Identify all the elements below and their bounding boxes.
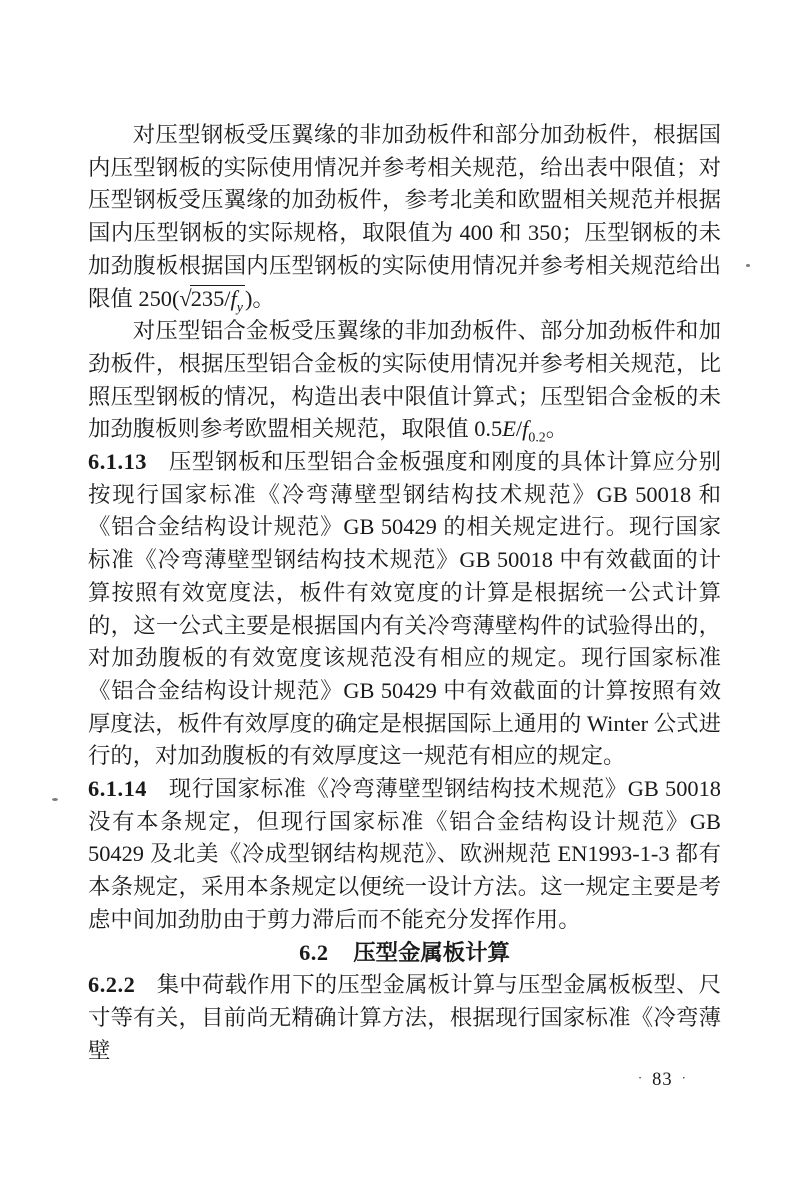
clause-text: 压型钢板和压型铝合金板强度和刚度的具体计算应分别按现行国家标准《冷弯薄壁型钢结构… [88, 449, 721, 768]
subscript-y: y [237, 300, 243, 315]
paragraph-text: 对压型钢板受压翼缘的非加劲板件和部分加劲板件，根据国内压型钢板的实际使用情况并参… [88, 122, 721, 311]
paragraph-aluminium-flange: 对压型铝合金板受压翼缘的非加劲板件、部分加劲板件和加劲板件，根据压型铝合金板的实… [88, 315, 721, 446]
scan-speck-right [746, 264, 750, 267]
section-number: 6.2 [299, 940, 329, 965]
clause-6-2-2: 6.2.2集中荷载作用下的压型金属板计算与压型金属板板型、尺寸等有关，目前尚无精… [88, 969, 721, 1067]
paragraph-steel-flange: 对压型钢板受压翼缘的非加劲板件和部分加劲板件，根据国内压型钢板的实际使用情况并参… [88, 119, 721, 315]
document-page: 对压型钢板受压翼缘的非加劲板件和部分加劲板件，根据国内压型钢板的实际使用情况并参… [0, 0, 800, 1179]
page-number-dot-right: · [682, 1070, 687, 1085]
page-number-value: 83 [652, 1070, 673, 1090]
section-title: 压型金属板计算 [353, 940, 510, 965]
scan-speck-left [52, 798, 58, 801]
paragraph-text: 。 [546, 416, 568, 441]
clause-number: 6.1.13 [88, 449, 147, 474]
radicand: 235/fy [190, 285, 245, 311]
paragraph-text: )。 [245, 286, 275, 311]
radicand-numerator: 235/ [191, 286, 231, 311]
clause-number: 6.2.2 [88, 972, 135, 997]
paragraph-text: 对压型铝合金板受压翼缘的非加劲板件、部分加劲板件和加劲板件，根据压型铝合金板的实… [88, 318, 721, 441]
clause-text: 现行国家标准《冷弯薄壁型钢结构技术规范》GB 50018 没有本条规定，但现行国… [88, 776, 721, 932]
sqrt-formula: √235/fy [179, 286, 245, 311]
section-heading-6-2: 6.2压型金属板计算 [88, 937, 721, 970]
subscript-0-2: 0.2 [528, 431, 545, 446]
page-number: ·83· [629, 1070, 696, 1091]
page-number-dot-left: · [638, 1070, 643, 1085]
clause-6-1-14: 6.1.14现行国家标准《冷弯薄壁型钢结构技术规范》GB 50018 没有本条规… [88, 773, 721, 937]
clause-number: 6.1.14 [88, 776, 147, 801]
clause-text: 集中荷载作用下的压型金属板计算与压型金属板板型、尺寸等有关，目前尚无精确计算方法… [88, 972, 721, 1062]
text-block: 对压型钢板受压翼缘的非加劲板件和部分加劲板件，根据国内压型钢板的实际使用情况并参… [88, 119, 721, 1067]
clause-6-1-13: 6.1.13压型钢板和压型铝合金板强度和刚度的具体计算应分别按现行国家标准《冷弯… [88, 446, 721, 773]
variable-e: E [502, 416, 516, 441]
